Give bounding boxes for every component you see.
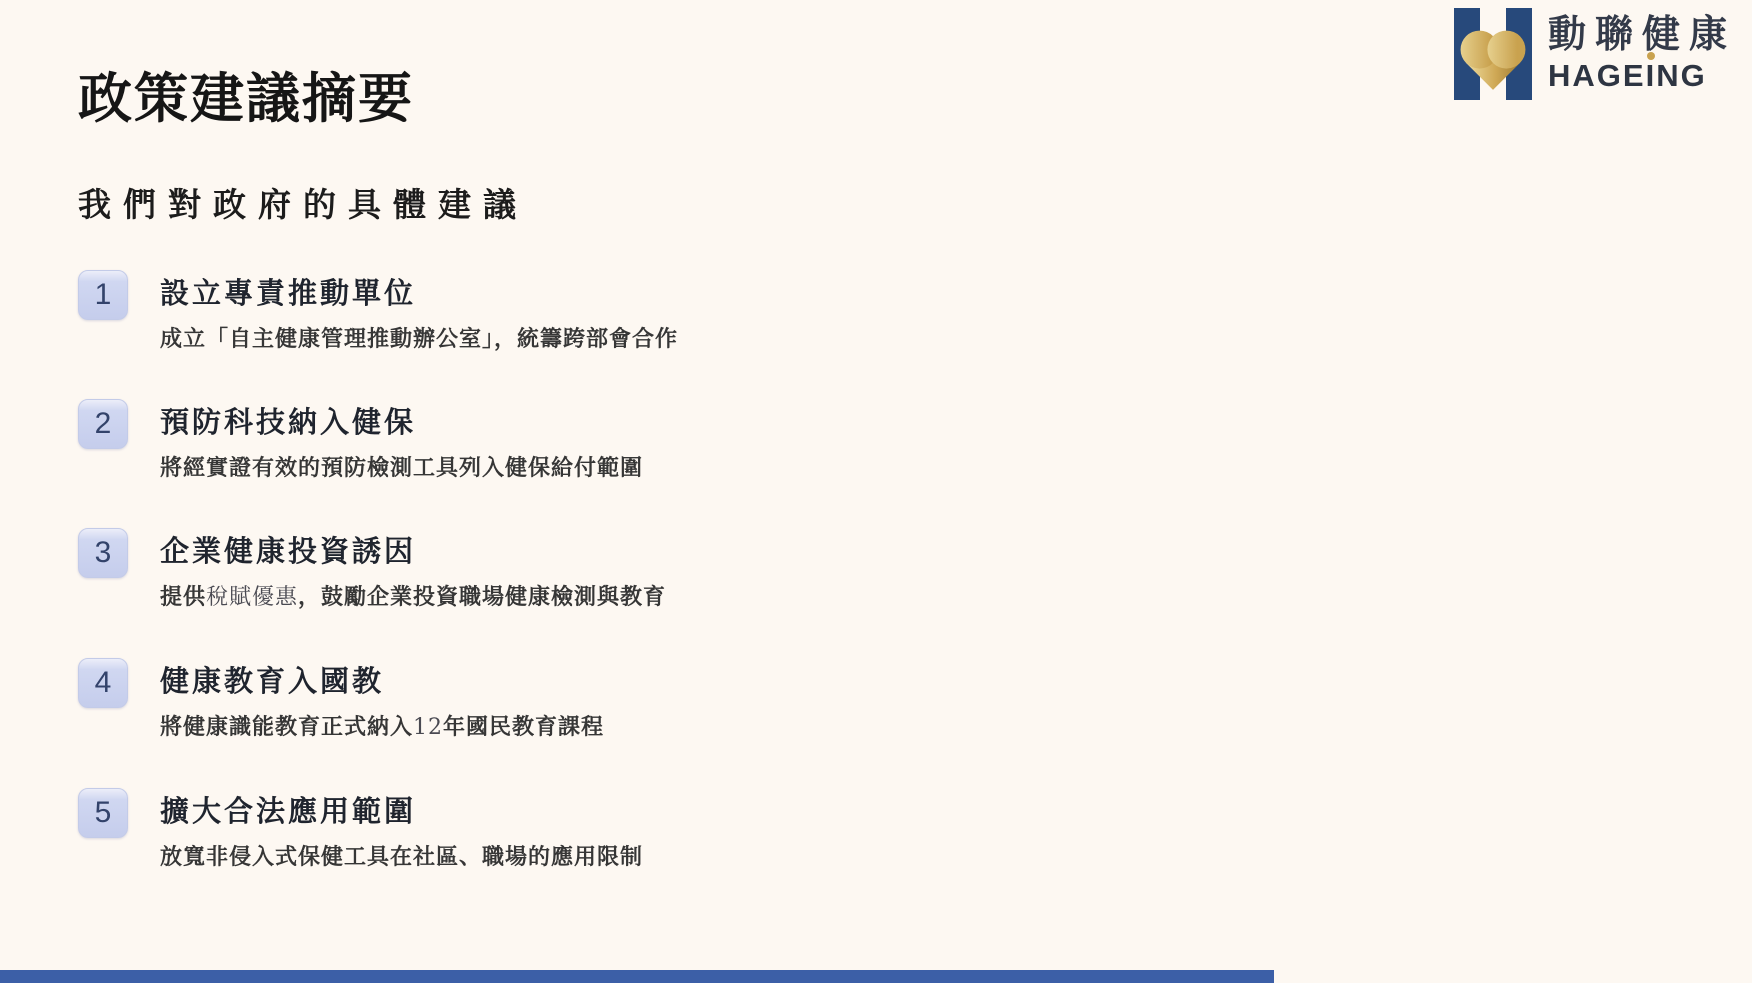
logo-text-zh: 動聯健康 bbox=[1548, 14, 1736, 58]
logo-en-pre: HAGE bbox=[1548, 58, 1646, 93]
item-content: 擴大合法應用範圍 放寬非侵入式保健工具在社區、職場的應用限制 bbox=[160, 788, 643, 871]
item-number-badge: 3 bbox=[78, 528, 128, 578]
slide: 動聯健康 HAGEING 政策建議摘要 我們對政府的具體建議 1 設立專責推動單… bbox=[0, 0, 1752, 871]
item-description: 將健康識能教育正式納入12年國民教育課程 bbox=[160, 713, 604, 742]
item-number: 4 bbox=[95, 666, 112, 700]
item-content: 預防科技納入健保 將經實證有效的預防檢測工具列入健保給付範圍 bbox=[160, 399, 643, 482]
item-number: 2 bbox=[95, 407, 112, 441]
recommendation-list: 1 設立專責推動單位 成立「自主健康管理推動辦公室」，統籌跨部會合作 2 預防科… bbox=[78, 270, 1752, 871]
logo: 動聯健康 HAGEING bbox=[1454, 8, 1736, 100]
recommendation-item-2: 2 預防科技納入健保 將經實證有效的預防檢測工具列入健保給付範圍 bbox=[78, 399, 1752, 482]
main-content: 政策建議摘要 我們對政府的具體建議 1 設立專責推動單位 成立「自主健康管理推動… bbox=[0, 0, 1752, 871]
item-number-badge: 5 bbox=[78, 788, 128, 838]
item-description-text: 12 bbox=[413, 715, 443, 740]
page-subtitle: 我們對政府的具體建議 bbox=[78, 179, 1752, 226]
item-title: 預防科技納入健保 bbox=[160, 399, 643, 447]
item-description-text: 年國民教育課程 bbox=[443, 714, 604, 739]
item-title: 擴大合法應用範圍 bbox=[160, 788, 643, 836]
item-description: 提供稅賦優惠，鼓勵企業投資職場健康檢測與教育 bbox=[160, 583, 666, 612]
recommendation-item-1: 1 設立專責推動單位 成立「自主健康管理推動辦公室」，統籌跨部會合作 bbox=[78, 270, 1752, 353]
item-number-badge: 2 bbox=[78, 399, 128, 449]
recommendation-item-5: 5 擴大合法應用範圍 放寬非侵入式保健工具在社區、職場的應用限制 bbox=[78, 788, 1752, 871]
item-description: 放寬非侵入式保健工具在社區、職場的應用限制 bbox=[160, 843, 643, 871]
item-title: 企業健康投資誘因 bbox=[160, 528, 666, 576]
item-description-text: ，鼓勵企業投資職場健康檢測與教育 bbox=[298, 584, 666, 609]
item-description-text: 成立「自主健康管理推動辦公室」，統籌跨部會合作 bbox=[160, 326, 678, 351]
item-description: 成立「自主健康管理推動辦公室」，統籌跨部會合作 bbox=[160, 325, 678, 353]
item-number-badge: 4 bbox=[78, 658, 128, 708]
item-description-text: 將健康識能教育正式納入 bbox=[160, 714, 413, 739]
item-description-text: 將經實證有效的預防檢測工具列入健保給付範圍 bbox=[160, 455, 643, 480]
item-number: 3 bbox=[95, 536, 112, 570]
item-title: 健康教育入國教 bbox=[160, 658, 604, 706]
item-content: 企業健康投資誘因 提供稅賦優惠，鼓勵企業投資職場健康檢測與教育 bbox=[160, 528, 666, 612]
recommendation-item-3: 3 企業健康投資誘因 提供稅賦優惠，鼓勵企業投資職場健康檢測與教育 bbox=[78, 528, 1752, 612]
item-description: 將經實證有效的預防檢測工具列入健保給付範圍 bbox=[160, 454, 643, 482]
logo-en-post: NG bbox=[1656, 58, 1707, 93]
slide-progress-bar bbox=[0, 970, 1274, 983]
logo-text-en: HAGEING bbox=[1548, 58, 1736, 94]
item-number-badge: 1 bbox=[78, 270, 128, 320]
item-number: 1 bbox=[95, 278, 112, 312]
item-description-text: 稅賦優惠 bbox=[206, 585, 298, 610]
item-number: 5 bbox=[95, 796, 112, 830]
logo-h-mark bbox=[1454, 8, 1532, 100]
item-description-text: 提供 bbox=[160, 584, 206, 609]
item-content: 健康教育入國教 將健康識能教育正式納入12年國民教育課程 bbox=[160, 658, 604, 742]
logo-text: 動聯健康 HAGEING bbox=[1548, 8, 1736, 93]
item-title: 設立專責推動單位 bbox=[160, 270, 678, 318]
logo-en-i-gold-dot: I bbox=[1646, 58, 1657, 94]
recommendation-item-4: 4 健康教育入國教 將健康識能教育正式納入12年國民教育課程 bbox=[78, 658, 1752, 742]
item-description-text: 放寬非侵入式保健工具在社區、職場的應用限制 bbox=[160, 844, 643, 869]
item-content: 設立專責推動單位 成立「自主健康管理推動辦公室」，統籌跨部會合作 bbox=[160, 270, 678, 353]
